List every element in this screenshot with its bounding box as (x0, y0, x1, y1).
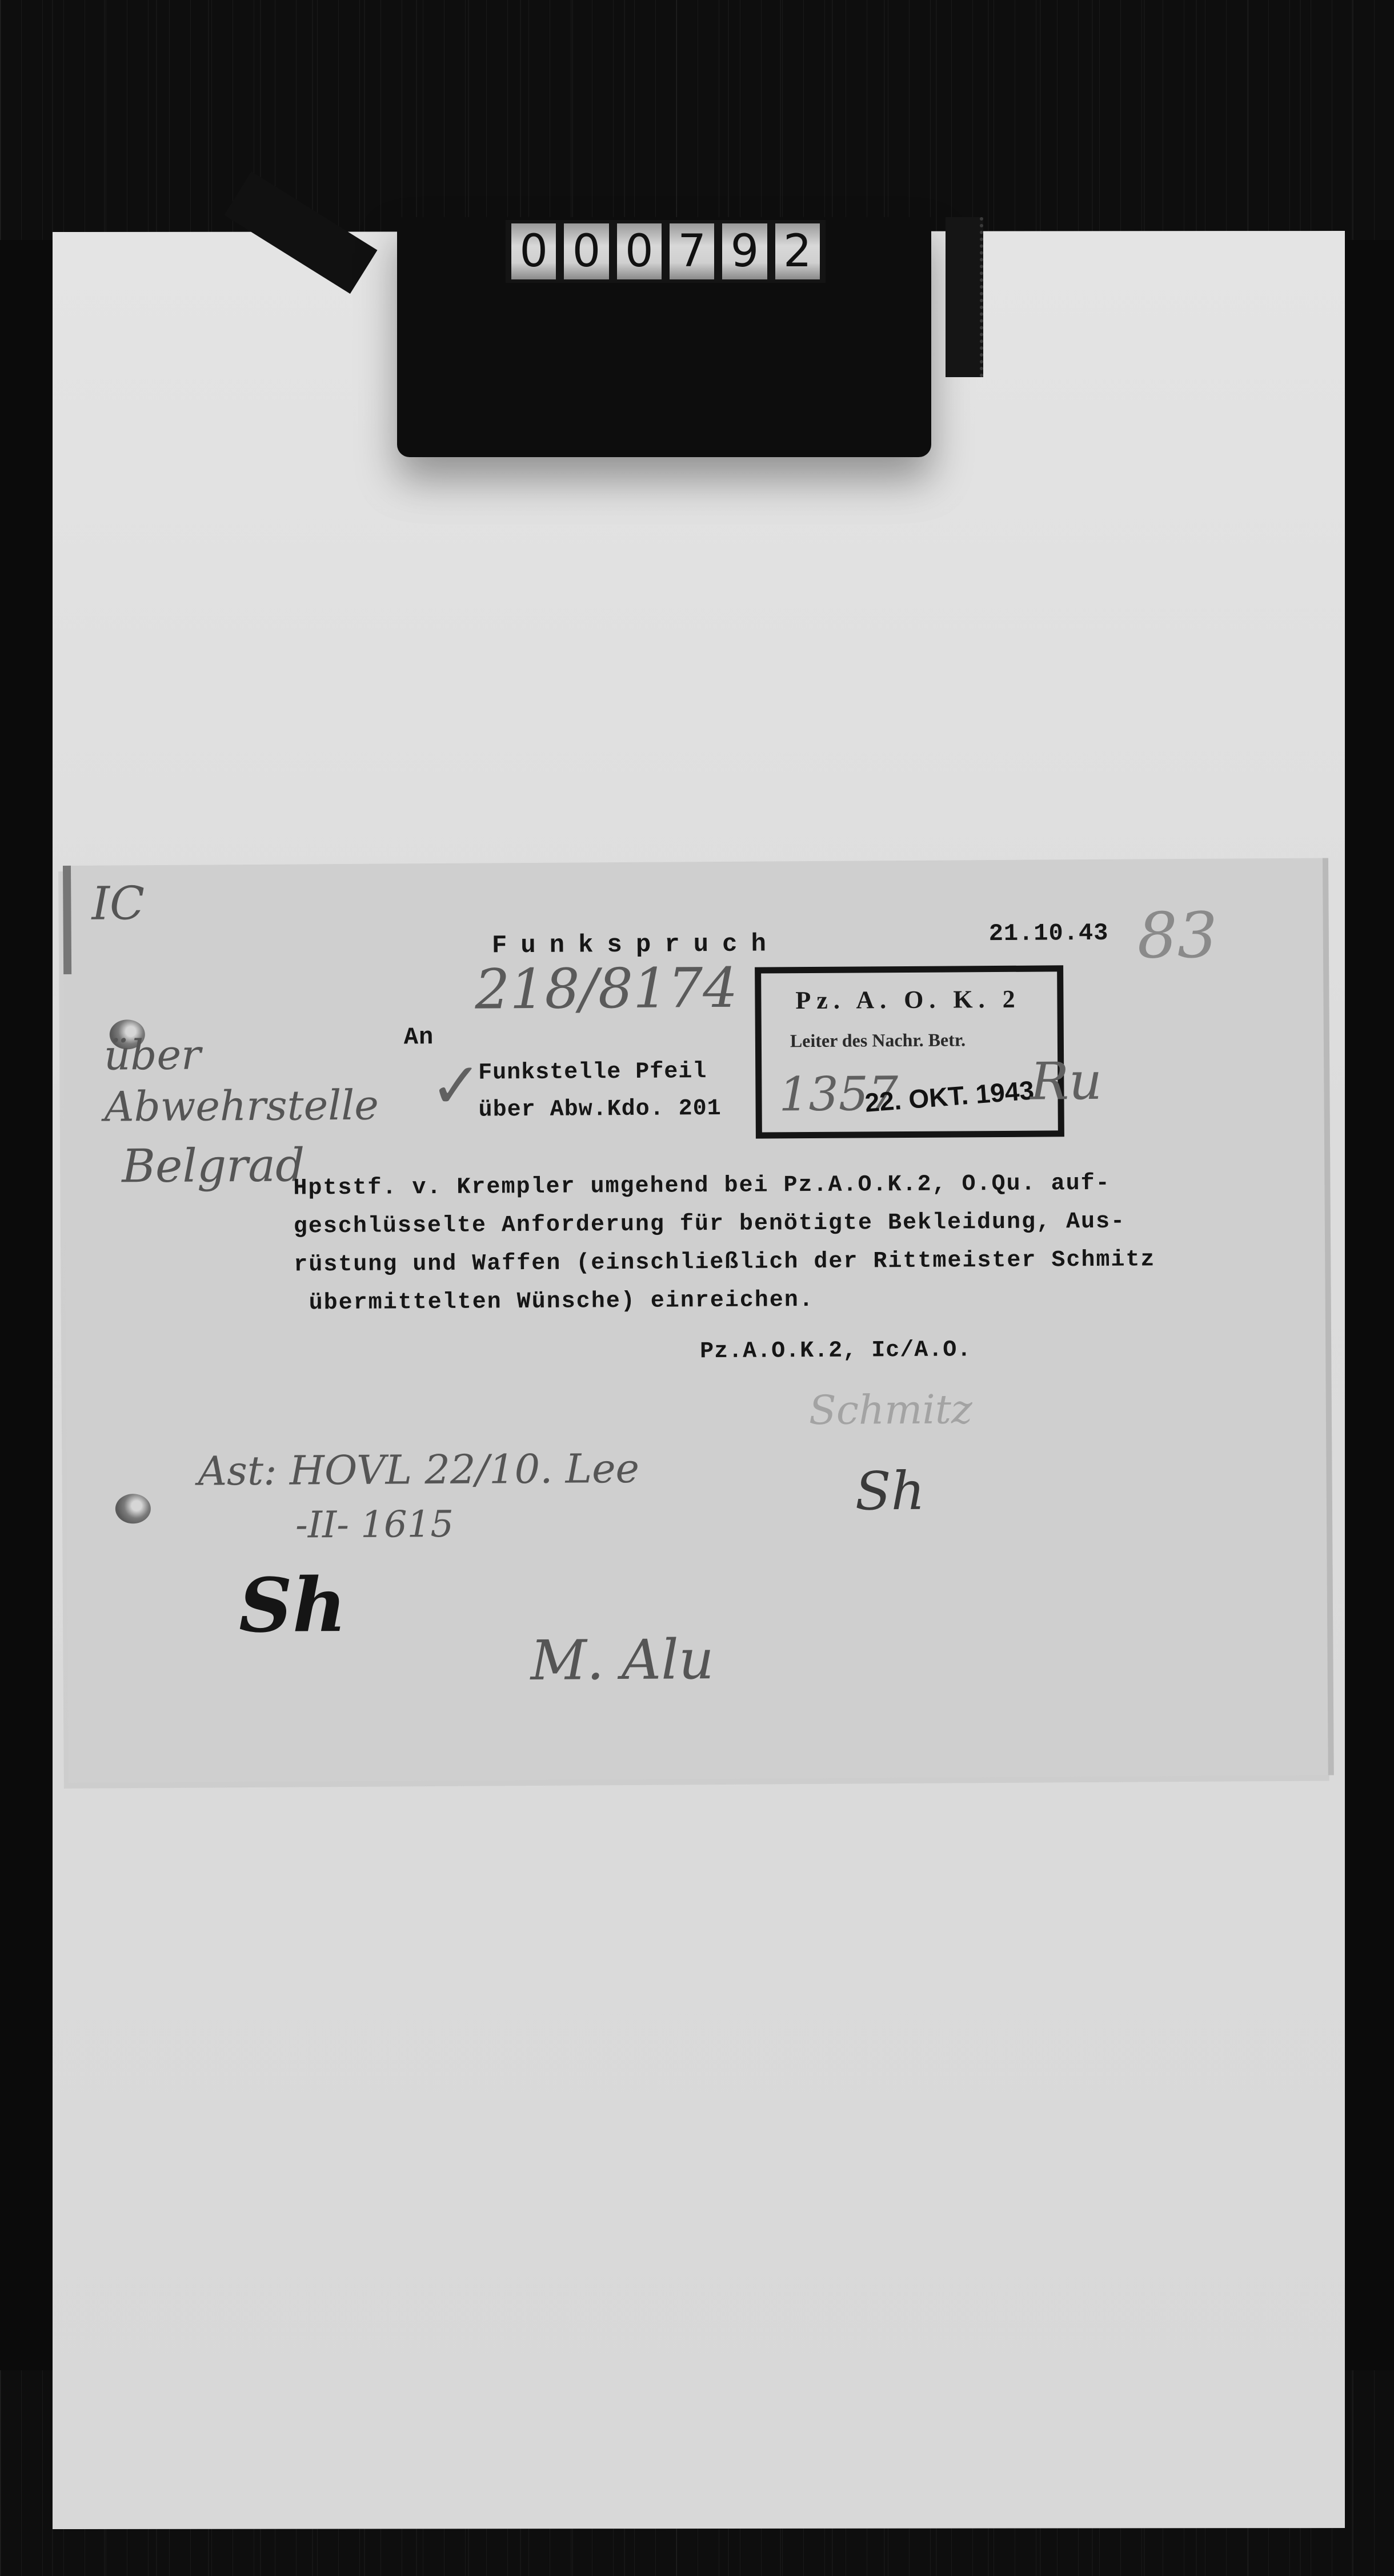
stamp-office: Leiter des Nachr. Betr. (790, 1029, 966, 1051)
recipient-line1: Funkstelle Pfeil (478, 1059, 707, 1086)
body-line-1: Hptstf. v. Krempler umgehend bei Pz.A.O.… (293, 1171, 1110, 1202)
margin-note-line1: über (104, 1031, 201, 1079)
note-line-2: -II- 1615 (295, 1503, 454, 1547)
stamp-initial: Ru (1030, 1051, 1102, 1112)
slip-edge-mark (63, 866, 71, 974)
stamp-unit: Pz. A. O. K. 2 (795, 985, 1021, 1015)
file-number: 218/8174 (475, 956, 738, 1022)
receipt-stamp: Pz. A. O. K. 2 Leiter des Nachr. Betr. 1… (755, 965, 1064, 1138)
note-line-1: Ast: HOVL 22/10. Lee (198, 1445, 639, 1495)
margin-mark-ic: IC (91, 877, 145, 930)
counter-digit: 0 (511, 223, 556, 279)
radio-message-slip: IC über Abwehrstelle Belgrad Funkspruch … (63, 858, 1334, 1783)
body-line-4: übermittelten Wünsche) einreichen. (294, 1287, 814, 1317)
frame-counter: 0 0 0 7 9 2 (506, 220, 826, 283)
counter-digit: 9 (722, 223, 767, 279)
film-border-top (0, 0, 1394, 240)
signature-schmitz: Schmitz (809, 1386, 973, 1434)
counter-digit: 2 (775, 223, 820, 279)
document-date: 21.10.43 (989, 919, 1109, 947)
margin-note-line2: Abwehrstelle (104, 1081, 379, 1131)
sender-signature-block: Pz.A.O.K.2, Ic/A.O. (700, 1337, 971, 1365)
body-line-2: geschlüsselte Anforderung für benötigte … (294, 1209, 1125, 1240)
body-line-3: rüstung und Waffen (einschließlich der R… (294, 1247, 1155, 1278)
address-label: An (404, 1023, 434, 1051)
counter-digit: 7 (670, 223, 714, 279)
counter-digit: 0 (564, 223, 608, 279)
punch-hole-icon (115, 1494, 151, 1523)
initials-left: Sh (238, 1561, 346, 1649)
initials-bottom: M. Alu (530, 1627, 714, 1693)
counter-knob (946, 217, 983, 377)
initials-right: Sh (855, 1461, 925, 1522)
folio-number: 83 (1137, 899, 1217, 973)
check-mark-icon: ✓ (430, 1049, 483, 1123)
recipient-line2: über Abw.Kdo. 201 (478, 1096, 721, 1123)
margin-note-line3: Belgrad (122, 1138, 305, 1193)
counter-digit: 0 (617, 223, 662, 279)
